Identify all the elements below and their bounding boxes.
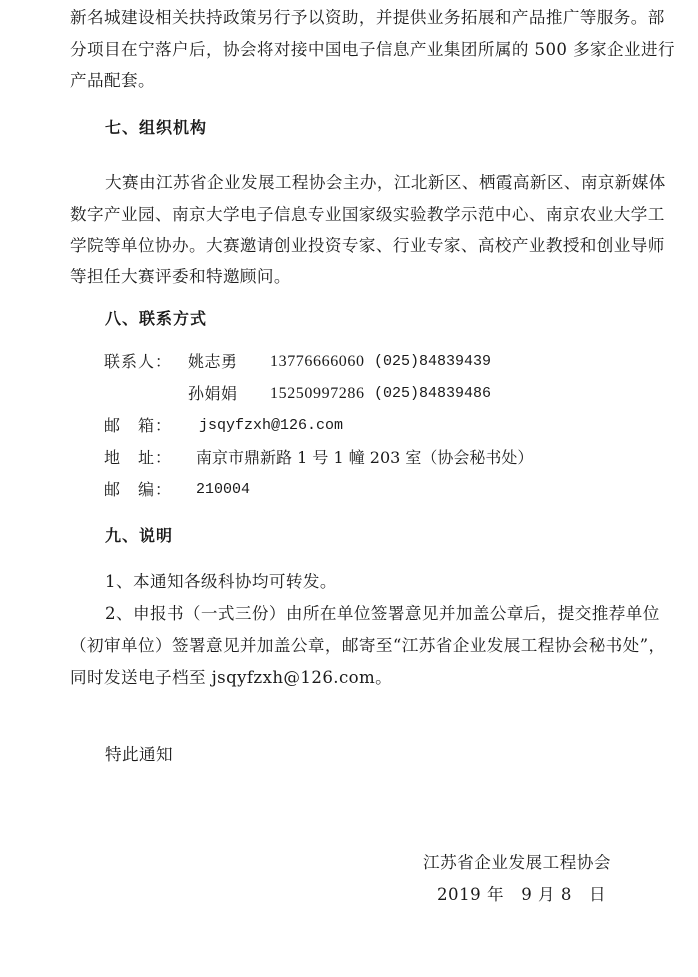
contact-name: 姚志勇 xyxy=(188,352,238,372)
address-value: 南京市鼎新路 1 号 1 幢 203 室（协会秘书处） xyxy=(196,448,533,468)
paragraph-line: 等担任大赛评委和特邀顾问。 xyxy=(70,267,291,287)
paragraph-line: 数字产业园、南京大学电子信息专业国家级实验教学示范中心、南京农业大学工 xyxy=(70,205,665,225)
section-heading: 九、说明 xyxy=(105,526,173,546)
contact-name: 孙娟娟 xyxy=(188,384,238,404)
paragraph-line: 新名城建设相关扶持政策另行予以资助，并提供业务拓展和产品推广等服务。部 xyxy=(70,8,665,28)
email-label: 邮 箱： xyxy=(104,416,172,436)
postcode-value: 210004 xyxy=(196,480,250,500)
paragraph-line: 产品配套。 xyxy=(70,71,155,91)
section-heading: 七、组织机构 xyxy=(105,118,207,138)
paragraph-line: 分项目在宁落户后，协会将对接中国电子信息产业集团所属的 500 多家企业进行 xyxy=(70,40,675,60)
contact-mobile: 13776666060 xyxy=(270,352,365,372)
signature-date: 2019 年 9 月 8 日 xyxy=(437,885,606,905)
contact-label: 联系人： xyxy=(104,352,172,372)
paragraph-line: 学院等单位协办。大赛邀请创业投资专家、行业专家、高校产业教授和创业导师 xyxy=(70,236,665,256)
paragraph-line: （初审单位）签署意见并加盖公章，邮寄至“江苏省企业发展工程协会秘书处”， xyxy=(70,636,666,656)
contact-phone: (025)84839486 xyxy=(374,384,491,404)
paragraph-line: 同时发送电子档至 jsqyfzxh@126.com。 xyxy=(70,668,392,688)
note-item: 2、申报书（一式三份）由所在单位签署意见并加盖公章后，提交推荐单位 xyxy=(105,604,660,624)
paragraph-line: 大赛由江苏省企业发展工程协会主办，江北新区、栖霞高新区、南京新媒体 xyxy=(105,173,666,193)
note-item: 1、本通知各级科协均可转发。 xyxy=(105,572,337,592)
postcode-label: 邮 编： xyxy=(104,480,172,500)
closing-text: 特此通知 xyxy=(105,745,173,765)
address-label: 地 址： xyxy=(104,448,172,468)
contact-phone: (025)84839439 xyxy=(374,352,491,372)
section-heading: 八、联系方式 xyxy=(105,309,207,329)
contact-mobile: 15250997286 xyxy=(270,384,365,404)
email-link[interactable]: jsqyfzxh@126.com xyxy=(199,416,343,436)
signature-organization: 江苏省企业发展工程协会 xyxy=(423,853,611,873)
